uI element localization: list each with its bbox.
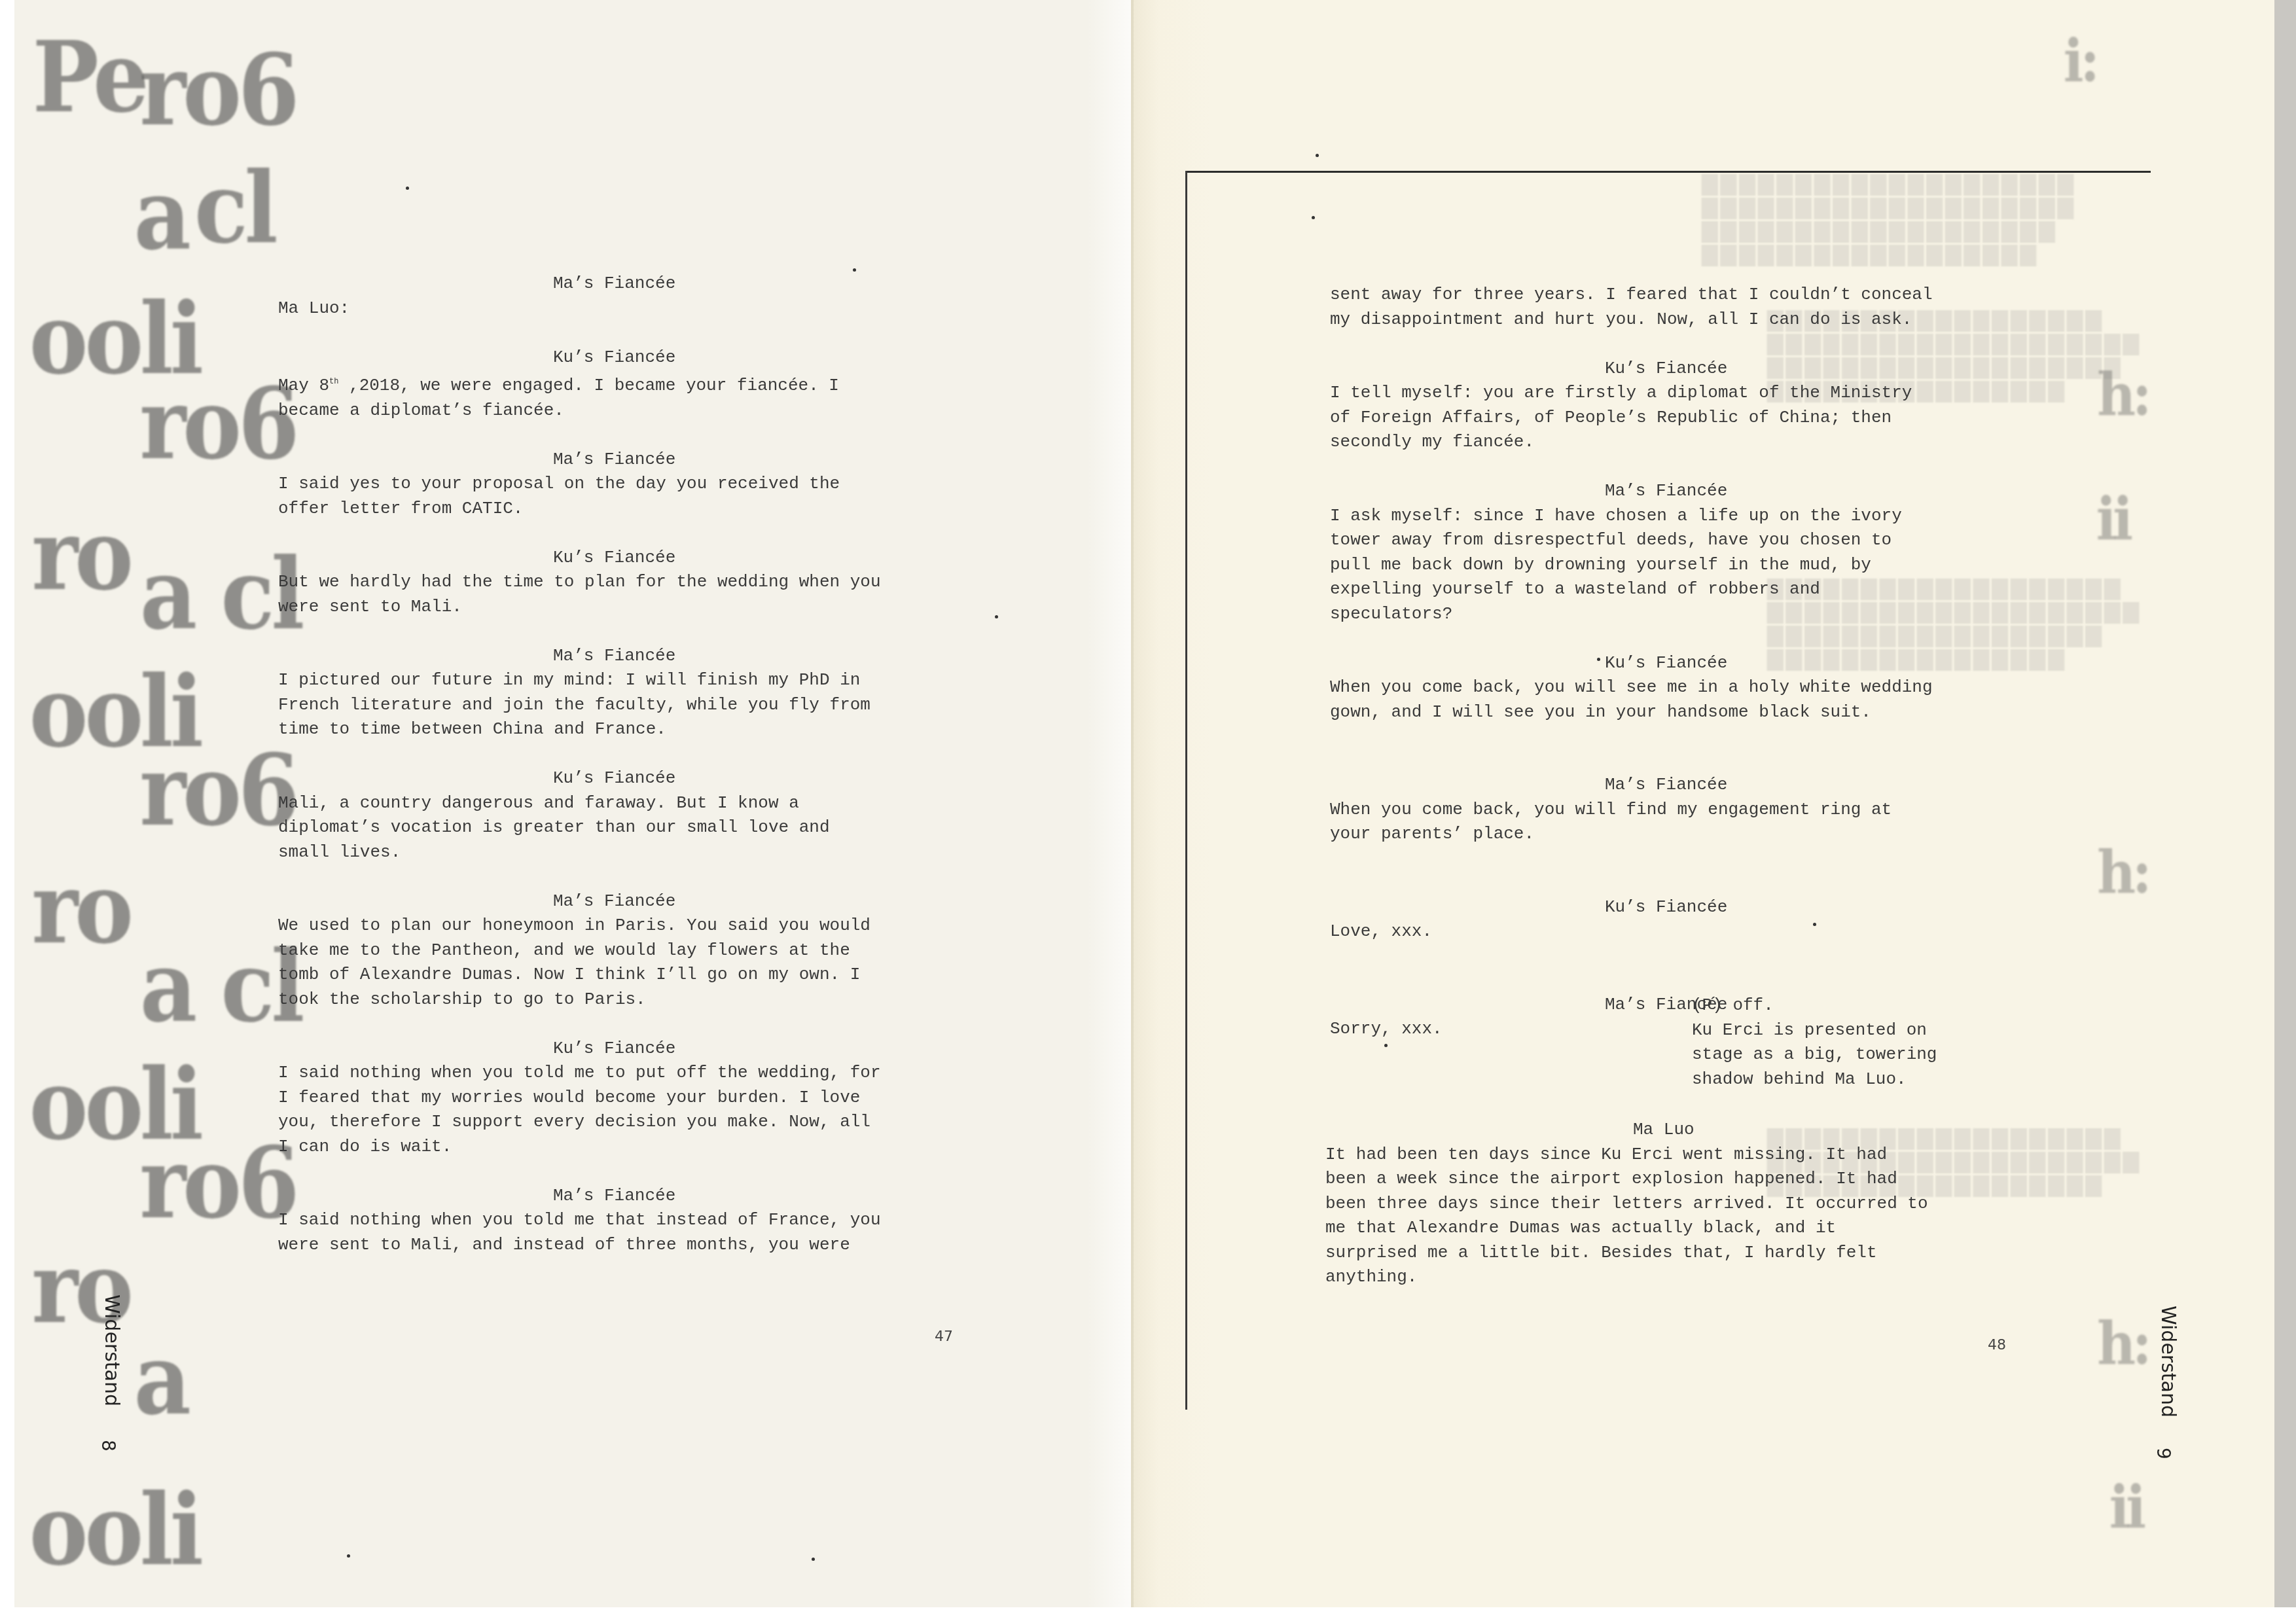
dialogue-line: became a diplomat’s fiancée. (278, 399, 998, 423)
block-gap (1330, 332, 2050, 357)
block-gap (1330, 724, 2050, 773)
block-gap (278, 865, 998, 889)
dialogue-line: I ask myself: since I have chosen a life… (1330, 504, 2050, 529)
dialogue-line: been a week since the airport explosion … (1325, 1167, 1928, 1192)
scan-margin-left (0, 0, 14, 1607)
speaker-name: Ma’s Fiancée (278, 644, 998, 669)
dialogue-line: But we hardly had the time to plan for t… (278, 570, 998, 595)
dialogue-line: took the scholarship to go to Paris. (278, 988, 998, 1012)
dialogue-line: Ma Luo: (278, 296, 998, 321)
dialogue-line: Mali, a country dangerous and faraway. B… (278, 791, 998, 816)
block-gap (1330, 847, 2050, 895)
dialogue-line: I said yes to your proposal on the day y… (278, 472, 998, 497)
dialogue-line: offer letter from CATIC. (278, 497, 998, 522)
speaker-name: Ma’s Fiancée (278, 889, 998, 914)
dialogue-block: Ku’s FiancéeMali, a country dangerous an… (278, 766, 998, 865)
dialogue-line: were sent to Mali, and instead of three … (278, 1233, 998, 1258)
continued-text: sent away for three years. I feared that… (1330, 283, 2050, 332)
dialogue-block: Ma’s FiancéeMa Luo: (278, 272, 998, 321)
dialogue-block: Ma’s FiancéeSorry, xxx. (1330, 993, 2050, 1042)
dialogue-block: Ma’s FiancéeI said yes to your proposal … (278, 448, 998, 522)
left-page-dialogue: Ma’s FiancéeMa Luo:Ku’s FiancéeMay 8th ,… (278, 272, 998, 1257)
dialogue-line: tomb of Alexandre Dumas. Now I think I’l… (278, 963, 998, 988)
dialogue-line: May 8th ,2018, we were engaged. I became… (278, 370, 998, 399)
block-gap (278, 521, 998, 546)
speaker-name: Ma’s Fiancée (1330, 773, 2050, 798)
dialogue-line: you, therefore I support every decision … (278, 1110, 998, 1135)
dialogue-line: been three days since their letters arri… (1325, 1192, 1928, 1217)
dialogue-line: speculators? (1330, 602, 2050, 627)
dialogue-line: me that Alexandre Dumas was actually bla… (1325, 1216, 1928, 1241)
dialogue-line: anything. (1325, 1265, 1928, 1290)
speaker-name: Ku’s Fiancée (278, 1037, 998, 1061)
dialogue-line: take me to the Pantheon, and we would la… (278, 938, 998, 963)
spine-shadow (1086, 0, 1131, 1607)
dialogue-line: gown, and I will see you in your handsom… (1330, 700, 2050, 725)
dialogue-block: Ku’s FiancéeWhen you come back, you will… (1330, 651, 2050, 725)
dialogue-line: secondly my fiancée. (1330, 430, 2050, 455)
dialogue-line: I said nothing when you told me to put o… (278, 1061, 998, 1086)
stage-direction-line: stage as a big, towering (1692, 1043, 1937, 1067)
dialogue-line: I feared that my worries would become yo… (278, 1086, 998, 1111)
dialogue-line: We used to plan our honeymoon in Paris. … (278, 914, 998, 938)
block-gap (1330, 944, 2050, 993)
block-gap (1330, 455, 2050, 480)
dialogue-block: Ma’s FiancéeI ask myself: since I have c… (1330, 479, 2050, 626)
stage-direction-line: shadow behind Ma Luo. (1692, 1067, 1937, 1092)
speaker-name: Ku’s Fiancée (1330, 651, 2050, 676)
speaker-name: Ma Luo (1325, 1118, 1928, 1143)
block-gap (278, 1159, 998, 1184)
block-gap (278, 423, 998, 448)
dialogue-line: expelling yourself to a wasteland of rob… (1330, 577, 2050, 602)
speaker-name: Ma’s Fiancée (278, 448, 998, 473)
dialogue-block: Ma’s FiancéeI pictured our future in my … (278, 644, 998, 742)
dialogue-line: diplomat’s vocation is greater than our … (278, 815, 998, 840)
dialogue-block: Ma LuoIt had been ten days since Ku Erci… (1325, 1118, 1928, 1290)
dialogue-line: When you come back, you will find my eng… (1330, 798, 2050, 823)
dialogue-block: Ku’s FiancéeI tell myself: you are first… (1330, 357, 2050, 455)
dialogue-line: Love, xxx. (1330, 919, 2050, 944)
folio-left: 8 (98, 1440, 119, 1452)
dialogue-line: I tell myself: you are firstly a diploma… (1330, 381, 2050, 406)
dialogue-line: small lives. (278, 840, 998, 865)
speaker-name: Ku’s Fiancée (278, 546, 998, 571)
dialogue-line: time to time between China and France. (278, 717, 998, 742)
stage-direction: (P) off.Ku Erci is presented onstage as … (1692, 993, 1937, 1092)
dialogue-line: I can do is wait. (278, 1135, 998, 1160)
margin-label-right: Widerstand (2157, 1306, 2179, 1418)
dialogue-line: I said nothing when you told me that ins… (278, 1208, 998, 1233)
dialogue-line: French literature and join the faculty, … (278, 693, 998, 718)
folio-right: 9 (2153, 1448, 2174, 1459)
dialogue-line: tower away from disrespectful deeds, hav… (1330, 528, 2050, 553)
dialogue-line: surprised me a little bit. Besides that,… (1325, 1241, 1928, 1266)
scan-margin-bottom (0, 1607, 2296, 1623)
right-page-dialogue: sent away for three years. I feared that… (1330, 283, 2050, 1042)
block-gap (1330, 626, 2050, 651)
dialogue-block: Ku’s FiancéeLove, xxx. (1330, 895, 2050, 944)
dialogue-line: of Foreign Affairs, of People’s Republic… (1330, 406, 2050, 431)
dialogue-block: Ku’s FiancéeBut we hardly had the time t… (278, 546, 998, 620)
dialogue-line: It had been ten days since Ku Erci went … (1325, 1143, 1928, 1168)
block-gap (278, 742, 998, 767)
speaker-name: Ku’s Fiancée (1330, 357, 2050, 382)
speaker-name: Ku’s Fiancée (278, 766, 998, 791)
dialogue-line: I pictured our future in my mind: I will… (278, 668, 998, 693)
dialogue-line: were sent to Mali. (278, 595, 998, 620)
speaker-name: Ma’s Fiancée (278, 1184, 998, 1209)
dialogue-line: When you come back, you will see me in a… (1330, 675, 2050, 700)
speaker-name: Ku’s Fiancée (278, 346, 998, 370)
page-number-right: 48 (1988, 1337, 2006, 1353)
speaker-name: Ma’s Fiancée (278, 272, 998, 296)
stage-direction-line: (P) off. (1692, 993, 1937, 1018)
block-gap (278, 1012, 998, 1037)
dialogue-block: Ma’s FiancéeWhen you come back, you will… (1330, 773, 2050, 847)
dialogue-line: pull me back down by drowning yourself i… (1330, 553, 2050, 578)
ma-luo-monologue: Ma LuoIt had been ten days since Ku Erci… (1325, 1118, 1928, 1290)
block-gap (278, 619, 998, 644)
page-number-left: 47 (935, 1329, 953, 1345)
ordinal-suffix: th (329, 377, 338, 386)
dialogue-line: Sorry, xxx. (1330, 1017, 2050, 1042)
dialogue-block: Ku’s FiancéeMay 8th ,2018, we were engag… (278, 346, 998, 423)
block-gap (278, 321, 998, 346)
dialogue-block: Ma’s FiancéeI said nothing when you told… (278, 1184, 998, 1258)
book-spine (1131, 0, 1134, 1607)
margin-label-left: Widerstand (100, 1294, 123, 1406)
speaker-name: Ma’s Fiancée (1330, 479, 2050, 504)
scan-margin-right (2274, 0, 2296, 1607)
dialogue-line: sent away for three years. I feared that… (1330, 283, 2050, 308)
speaker-name: Ku’s Fiancée (1330, 895, 2050, 920)
stage-direction-line: Ku Erci is presented on (1692, 1018, 1937, 1043)
dialogue-line: my disappointment and hurt you. Now, all… (1330, 308, 2050, 332)
frame-line-left (1185, 171, 1187, 1410)
dialogue-line: your parents’ place. (1330, 822, 2050, 847)
dialogue-block: Ku’s FiancéeI said nothing when you told… (278, 1037, 998, 1160)
frame-line-top (1186, 171, 2151, 173)
speaker-name: Ma’s Fiancée (1330, 993, 2050, 1018)
dialogue-block: Ma’s FiancéeWe used to plan our honeymoo… (278, 889, 998, 1012)
